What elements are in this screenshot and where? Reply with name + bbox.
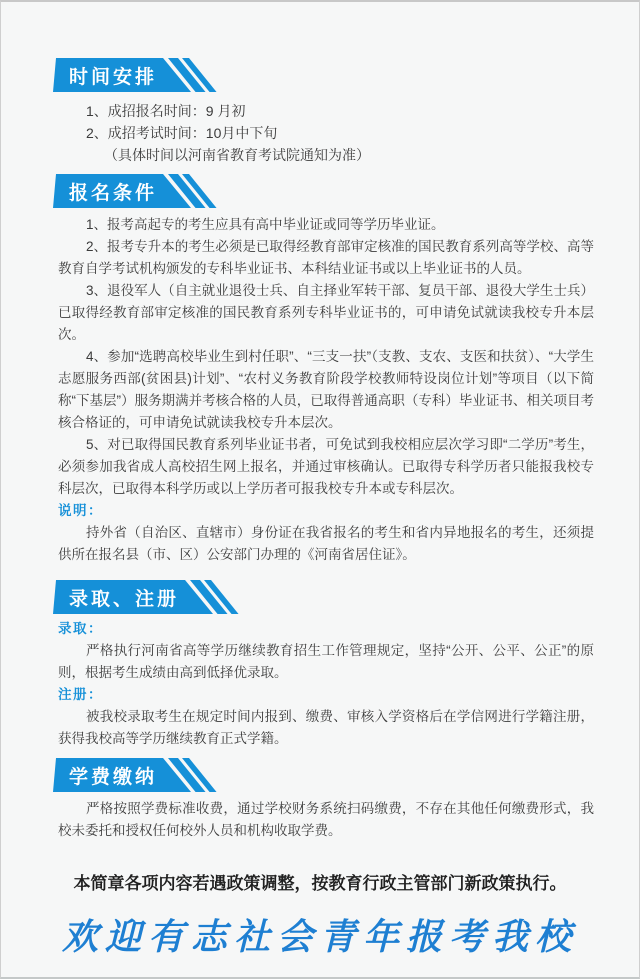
note-paragraph: 持外省（自治区、直辖市）身份证在我省报名的考生和省内异地报名的考生，还须提供所在… <box>58 522 594 566</box>
condition-paragraph: 2、报考专升本的考生必须是已取得经教育部审定核准的国民教育系列高等学校、高等教育… <box>58 236 594 280</box>
section-banner-schedule: 时间安排 <box>53 58 191 92</box>
banner-label-tuition: 学费缴纳 <box>53 758 191 792</box>
registration-sublabel: 注册： <box>58 684 594 706</box>
note-label: 说明： <box>58 500 594 522</box>
schedule-list: 1、成招报名时间：9 月初 2、成招考试时间：10月中下旬 （具体时间以河南省教… <box>58 100 594 166</box>
admission-text: 录取： 严格执行河南省高等学历继续教育招生工作管理规定，坚持“公开、公平、公正”… <box>58 618 594 750</box>
banner-label-conditions: 报名条件 <box>53 174 191 208</box>
section-banner-tuition: 学费缴纳 <box>53 758 191 792</box>
condition-paragraph: 3、退役军人（自主就业退役士兵、自主择业军转干部、复员干部、退役大学生士兵）已取… <box>58 280 594 346</box>
schedule-item: 1、成招报名时间：9 月初 <box>58 100 594 122</box>
conditions-text: 1、报考高起专的考生应具有高中毕业证或同等学历毕业证。 2、报考专升本的考生必须… <box>58 214 594 566</box>
admission-sublabel: 录取： <box>58 618 594 640</box>
tuition-text: 严格按照学费标准收费，通过学校财务系统扫码缴费，不存在其他任何缴费形式，我校未委… <box>58 798 594 842</box>
section-banner-conditions: 报名条件 <box>53 174 191 208</box>
welcome-slogan: 欢迎有志社会青年报考我校 <box>1 909 639 960</box>
tuition-paragraph: 严格按照学费标准收费，通过学校财务系统扫码缴费，不存在其他任何缴费形式，我校未委… <box>58 798 594 842</box>
banner-label-schedule: 时间安排 <box>53 58 191 92</box>
schedule-note: （具体时间以河南省教育考试院通知为准） <box>58 144 594 166</box>
banner-label-admission: 录取、注册 <box>53 580 213 614</box>
schedule-item: 2、成招考试时间：10月中下旬 <box>58 122 594 144</box>
condition-paragraph: 4、参加“选聘高校毕业生到村任职”、“三支一扶”（支教、支农、支医和扶贫）、“大… <box>58 346 594 434</box>
policy-note: 本简章各项内容若遇政策调整，按教育行政主管部门新政策执行。 <box>41 872 599 896</box>
admission-paragraph: 严格执行河南省高等学历继续教育招生工作管理规定，坚持“公开、公平、公正”的原则，… <box>58 640 594 684</box>
admission-notice-page: 时间安排 1、成招报名时间：9 月初 2、成招考试时间：10月中下旬 （具体时间… <box>0 0 640 979</box>
section-banner-admission: 录取、注册 <box>53 580 213 614</box>
registration-paragraph: 被我校录取考生在规定时间内报到、缴费、审核入学资格后在学信网进行学籍注册，获得我… <box>58 706 594 750</box>
condition-paragraph: 1、报考高起专的考生应具有高中毕业证或同等学历毕业证。 <box>58 214 594 236</box>
condition-paragraph: 5、对已取得国民教育系列毕业证书者，可免试到我校相应层次学习即“二学历”考生，必… <box>58 434 594 500</box>
